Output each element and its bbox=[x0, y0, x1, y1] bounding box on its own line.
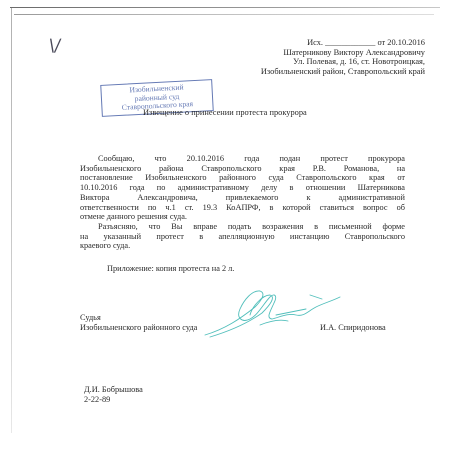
body-p1-line: Виктора Александровича, привлекаемого к … bbox=[80, 193, 405, 203]
recipient-address-block: Исх. ____________ от 20.10.2016 Шатерник… bbox=[261, 38, 425, 76]
body-p2-line: краевого суда. bbox=[80, 241, 405, 251]
handwritten-check-mark: \/ bbox=[48, 36, 62, 56]
scan-edge-top bbox=[10, 7, 440, 8]
body-p1-line: постановление Изобильненского районного … bbox=[80, 173, 405, 183]
executor-block: Д.И. Бобрышова 2-22-89 bbox=[84, 385, 143, 404]
outgoing-reference: Исх. ____________ от 20.10.2016 bbox=[261, 38, 425, 48]
scan-edge-left bbox=[11, 8, 12, 433]
body-p2-line: на указанный протест в апелляционную инс… bbox=[80, 232, 405, 242]
signatory-title-line2: Изобильненского районного суда bbox=[80, 323, 197, 333]
scan-edge-top-inner bbox=[14, 14, 434, 15]
body-p1-line: ответственности по ч.1 ст. 19.3 КоАПРФ, … bbox=[80, 203, 405, 213]
body-p1-line: 10.10.2016 года по административному дел… bbox=[80, 183, 405, 193]
recipient-address-line1: Ул. Полевая, д. 16, ст. Новотроицкая, bbox=[261, 57, 425, 67]
recipient-name: Шатерникову Виктору Александровичу bbox=[261, 48, 425, 58]
body-p1-line: Изобильненского района Ставропольского к… bbox=[80, 164, 405, 174]
signatory-name: И.А. Спиридонова bbox=[320, 323, 386, 332]
attachment-note: Приложение: копия протеста на 2 л. bbox=[107, 264, 234, 273]
document-body: Сообщаю, что 20.10.2016 года подан проте… bbox=[80, 154, 405, 251]
body-p2-line: Разъясняю, что Вы вправе подать возражен… bbox=[80, 222, 405, 232]
executor-phone: 2-22-89 bbox=[84, 395, 143, 405]
document-title: Извещение о принесении протеста прокурор… bbox=[143, 108, 307, 117]
signatory-title: Судья Изобильненского районного суда bbox=[80, 313, 197, 332]
signatory-title-line1: Судья bbox=[80, 313, 197, 323]
scanned-document-page: \/ Исх. ____________ от 20.10.2016 Шатер… bbox=[0, 0, 452, 452]
recipient-address-line2: Изобильненский район, Ставропольский кра… bbox=[261, 67, 425, 77]
body-p1-line: Сообщаю, что 20.10.2016 года подан проте… bbox=[80, 154, 405, 164]
executor-name: Д.И. Бобрышова bbox=[84, 385, 143, 395]
body-p1-line: отмене данного решения суда. bbox=[80, 212, 405, 222]
